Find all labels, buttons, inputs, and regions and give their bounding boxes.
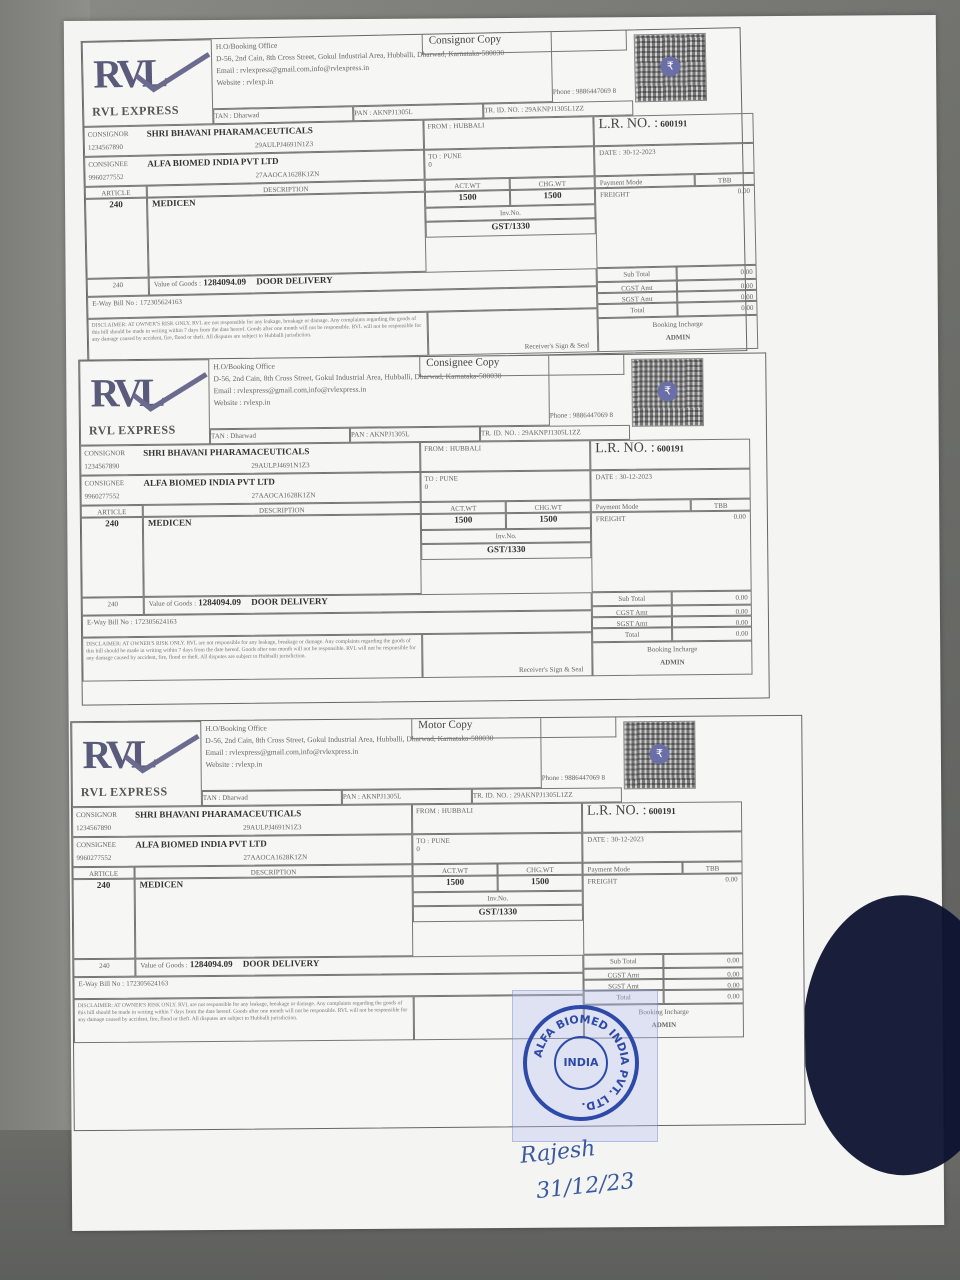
to-box: TO : PUNE 0 (424, 146, 595, 180)
consignee-gst: 27AAOCA1628K1ZN (243, 853, 307, 862)
chg-wt-header: CHG.WT (506, 500, 591, 513)
from-box: FROM : HUBBALI (420, 440, 590, 472)
consignee-name: ALFA BIOMED INDIA PVT LTD (143, 477, 274, 488)
tan-box: TAN : Dharwad (210, 428, 350, 444)
company-logo-box: RVL RVL EXPRESS (71, 721, 202, 807)
consignor-name: SHRI BHAVANI PHARAMACEUTICALS (147, 125, 313, 138)
copy-label-box: Motor Copy (411, 717, 616, 739)
consignor-label: CONSIGNOR (76, 811, 117, 819)
description-cell: MEDICEN (135, 876, 414, 958)
freight-amount: 0.00 (725, 875, 737, 883)
delivery-type: DOOR DELIVERY (243, 958, 320, 969)
office-email: Email : rvlexpress@gmail.com,info@rvlexp… (205, 745, 536, 757)
consignee-label: CONSIGNEE (76, 841, 116, 849)
office-email: Email : rvlexpress@gmail.com,info@rvlexp… (213, 383, 544, 395)
copy-label: Consignor Copy (423, 31, 508, 49)
to-box: TO : PUNE 0 (412, 833, 582, 864)
lr-no-box: L.R. NO. : 600191 (582, 801, 742, 832)
eway-bill-number: 172305624163 (135, 618, 177, 626)
payment-mode-value: TBB (682, 861, 742, 874)
lr-no-label: L.R. NO. : (587, 803, 647, 819)
lr-no-box: L.R. NO. : 600191 (593, 113, 754, 146)
payment-mode-value: TBB (691, 499, 751, 512)
lr-number: 600191 (657, 443, 684, 453)
pan-box: PAN : AKNPJ1305L (350, 426, 480, 442)
consignor-phone: 1234567890 (84, 462, 119, 470)
consignee-gst: 27AAOCA1628K1ZN (255, 170, 319, 179)
payment-qr-code: ₹ (631, 358, 704, 427)
consignee-box: CONSIGNEE 9960277552 ALFA BIOMED INDIA P… (80, 472, 420, 506)
company-logo-box: RVL RVL EXPRESS (79, 359, 210, 445)
to-box: TO : PUNE 0 (420, 470, 590, 502)
article-header: ARTICLE (81, 505, 143, 518)
brand-name: RVL EXPRESS (92, 103, 179, 120)
sgst-label: SGST Amt (592, 616, 672, 628)
checkmark-swoosh-icon (131, 52, 212, 94)
act-wt-header: ACT.WT (412, 863, 497, 876)
lr-no-box: L.R. NO. : 600191 (590, 439, 750, 471)
to-label: TO : (428, 152, 441, 160)
receiver-sign-box: Receiver's Sign & Seal (427, 308, 598, 356)
booking-incharge: Booking Incharge ADMIN (592, 641, 752, 677)
payment-mode-box: Payment Mode (591, 499, 691, 512)
sub-total-value: 0.00 (663, 953, 743, 968)
sub-total-label: Sub Total (592, 591, 672, 606)
copy-label-box: Consignee Copy (419, 355, 624, 377)
to-city: PUNE (440, 475, 458, 483)
act-wt-header: ACT.WT (421, 501, 506, 514)
payment-qr-code: ₹ (634, 33, 707, 102)
seal-center-text: INDIA (554, 1036, 608, 1090)
lorry-receipt-copy-1: RVL RVL EXPRESS H.O/Booking Office D-56,… (81, 27, 748, 365)
consignee-label: CONSIGNEE (84, 479, 124, 487)
article-count: 240 (81, 517, 144, 598)
brand-name: RVL EXPRESS (89, 423, 176, 439)
consignee-name: ALFA BIOMED INDIA PVT LTD (135, 838, 266, 849)
sgst-label: SGST Amt (584, 979, 664, 991)
terms-and-conditions: DISCLAIMER: AT OWNER'S RISK ONLY. RVL ar… (82, 634, 422, 682)
chg-wt-value: 1500 (506, 512, 591, 529)
lr-date: 30-12-2023 (619, 473, 652, 481)
checkmark-swoosh-icon (128, 372, 208, 413)
payment-mode-box: Payment Mode (582, 862, 682, 875)
consignor-gst: 29AULPJ4691N1Z3 (243, 823, 301, 832)
inv-no-value: GST/1330 (426, 218, 596, 238)
date-box: DATE : 30-12-2023 (590, 469, 750, 501)
consignor-gst: 29AULPJ4691N1Z3 (255, 140, 313, 149)
sub-total-value: 0.00 (672, 591, 752, 606)
sub-total-label: Sub Total (583, 954, 663, 969)
gst-id-number: TR. ID. NO. : 29AKNPJ1305L1ZZ (481, 428, 581, 437)
from-city: HUBBALI (453, 122, 484, 131)
cgst-label: CGST Amt (583, 968, 663, 980)
sgst-value: 0.00 (663, 978, 743, 990)
freight-box: FREIGHT 0.00 (595, 185, 757, 268)
consignor-name: SHRI BHAVANI PHARAMACEUTICALS (135, 808, 301, 819)
rupee-icon: ₹ (649, 744, 669, 764)
pan-number: PAN : AKNPJ1305L (351, 430, 410, 439)
consignor-name: SHRI BHAVANI PHARAMACEUTICALS (143, 446, 309, 458)
lr-no-label: L.R. NO. : (595, 441, 655, 457)
phone-box: Phone : 9886447069 8 (550, 409, 625, 426)
pan-number: PAN : AKNPJ1305L (343, 792, 402, 801)
office-phone: Phone : 9886447069 8 (542, 774, 605, 783)
total-value: 0.00 (664, 989, 744, 1004)
gst-id-box: TR. ID. NO. : 29AKNPJ1305L1ZZ (472, 787, 622, 803)
lorry-receipt-copy-3: RVL RVL EXPRESS H.O/Booking Office D-56,… (70, 715, 806, 1131)
gst-id-number: TR. ID. NO. : 29AKNPJ1305L1ZZ (484, 104, 584, 114)
consignor-phone: 1234567890 (88, 143, 123, 152)
from-box: FROM : HUBBALI (412, 803, 582, 834)
from-label: FROM : (427, 122, 451, 130)
to-extra: 0 (416, 844, 581, 853)
copy-label: Motor Copy (412, 717, 478, 733)
rupee-icon: ₹ (660, 56, 680, 76)
from-label: FROM : (416, 807, 440, 815)
lr-date: 30-12-2023 (623, 148, 656, 157)
consignee-name: ALFA BIOMED INDIA PVT LTD (147, 156, 279, 169)
article-total: 240 (87, 278, 149, 297)
to-label: TO : (424, 475, 437, 483)
date-label: DATE : (599, 149, 621, 157)
article-count: 240 (85, 198, 149, 279)
consignee-box: CONSIGNEE 9960277552 ALFA BIOMED INDIA P… (72, 834, 412, 867)
eway-bill-number: 172305624163 (126, 979, 168, 987)
payment-qr-code: ₹ (623, 721, 696, 790)
consignor-label: CONSIGNOR (88, 130, 129, 139)
article-count: 240 (73, 879, 136, 960)
brand-name: RVL EXPRESS (81, 784, 168, 800)
consignee-gst: 27AAOCA1628K1ZN (252, 491, 316, 500)
description-cell: MEDICEN (143, 514, 422, 597)
freight-amount: 0.00 (734, 513, 746, 521)
consignor-box: CONSIGNOR 1234567890 SHRI BHAVANI PHARAM… (80, 442, 420, 476)
company-logo: RVL (90, 369, 162, 417)
receiver-sign-box: Receiver's Sign & Seal (422, 632, 592, 678)
sgst-value: 0.00 (672, 616, 752, 628)
inv-no-value: GST/1330 (421, 542, 591, 560)
lr-no-label: L.R. NO. : (598, 116, 658, 132)
tan-number: TAN : Dharwad (214, 111, 259, 120)
from-box: FROM : HUBBALI (423, 116, 594, 150)
phone-shadow (802, 895, 960, 1176)
date-box: DATE : 30-12-2023 (594, 143, 755, 176)
article-total: 240 (82, 597, 144, 616)
act-wt-value: 1500 (425, 190, 510, 208)
to-city: PUNE (443, 152, 461, 160)
terms-and-conditions: DISCLAIMER: AT OWNER'S RISK ONLY. RVL ar… (74, 996, 414, 1043)
total-value: 0.00 (672, 627, 752, 642)
total-label: Total (592, 627, 672, 642)
gst-id-number: TR. ID. NO. : 29AKNPJ1305L1ZZ (473, 791, 573, 800)
company-logo-box: RVL RVL EXPRESS (82, 39, 214, 127)
chg-wt-value: 1500 (510, 188, 595, 206)
lr-number: 600191 (660, 118, 687, 129)
consignor-box: CONSIGNOR 1234567890 SHRI BHAVANI PHARAM… (72, 804, 412, 837)
to-city: PUNE (431, 837, 449, 845)
pan-box: PAN : AKNPJ1305L (342, 789, 472, 805)
copy-label: Consignee Copy (420, 355, 505, 371)
eway-bill-number: 172305624163 (140, 298, 182, 307)
freight-box: FREIGHT 0.00 (591, 511, 752, 593)
office-phone: Phone : 9886447069 8 (553, 87, 616, 96)
chg-wt-header: CHG.WT (497, 863, 582, 876)
office-website: Website : rvlexp.in (206, 757, 537, 769)
consignor-gst: 29AULPJ4691N1Z3 (251, 461, 309, 470)
pan-number: PAN : AKNPJ1305L (354, 108, 413, 117)
tan-number: TAN : Dharwad (203, 794, 248, 802)
tan-number: TAN : Dharwad (211, 432, 256, 440)
phone-box: Phone : 9886447069 8 (553, 84, 628, 102)
tan-box: TAN : Dharwad (202, 790, 342, 806)
to-label: TO : (416, 837, 429, 845)
date-box: DATE : 30-12-2023 (582, 831, 742, 862)
checkmark-swoosh-icon (120, 734, 200, 775)
from-city: HUBBALI (442, 807, 473, 815)
lr-number: 600191 (649, 806, 676, 816)
act-wt-value: 1500 (413, 875, 498, 892)
company-logo: RVL (82, 730, 153, 778)
terms-and-conditions: DISCLAIMER: AT OWNER'S RISK ONLY. RVL ar… (88, 312, 429, 363)
delivery-type: DOOR DELIVERY (251, 596, 328, 607)
company-seal: ALFA BIOMED INDIA PVT. LTD. INDIA (512, 990, 658, 1142)
cgst-label: CGST Amt (592, 605, 672, 617)
company-logo: RVL (93, 49, 165, 97)
from-city: HUBBALI (450, 444, 481, 452)
chg-wt-value: 1500 (498, 875, 583, 892)
date-label: DATE : (595, 473, 617, 481)
consignee-label: CONSIGNEE (88, 160, 128, 169)
lorry-receipt-copy-2: RVL RVL EXPRESS H.O/Booking Office D-56,… (78, 352, 770, 705)
goods-value: 1284094.09 (198, 597, 241, 607)
consignee-phone: 9960277552 (85, 492, 120, 500)
seal-outer-ring: ALFA BIOMED INDIA PVT. LTD. INDIA (523, 1005, 639, 1121)
delivery-type: DOOR DELIVERY (256, 275, 333, 287)
phone-box: Phone : 9886447069 8 (542, 771, 617, 788)
office-phone: Phone : 9886447069 8 (550, 411, 613, 420)
lr-date: 30-12-2023 (611, 835, 644, 843)
freight-box: FREIGHT 0.00 (583, 873, 744, 954)
article-header: ARTICLE (72, 867, 134, 880)
consignor-phone: 1234567890 (76, 824, 111, 832)
consignee-phone: 9960277552 (76, 854, 111, 862)
inv-no-label: Inv.No. (413, 891, 583, 906)
rupee-icon: ₹ (657, 381, 677, 401)
description-cell: MEDICEN (147, 192, 427, 278)
act-wt-value: 1500 (421, 513, 506, 530)
freight-amount: 0.00 (738, 187, 750, 195)
article-total: 240 (73, 959, 135, 978)
cgst-value: 0.00 (663, 967, 743, 979)
goods-value: 1284094.09 (190, 959, 233, 969)
booking-incharge: Booking Incharge ADMIN (598, 315, 759, 352)
consignor-label: CONSIGNOR (84, 449, 125, 457)
inv-no-value: GST/1330 (413, 905, 583, 922)
goods-value: 1284094.09 (203, 277, 246, 288)
cgst-value: 0.00 (672, 605, 752, 617)
gst-id-box: TR. ID. NO. : 29AKNPJ1305L1ZZ (480, 425, 630, 442)
date-label: DATE : (587, 836, 609, 844)
copy-label-box: Consignor Copy (422, 31, 627, 55)
office-website: Website : rvlexp.in (214, 395, 545, 407)
from-label: FROM : (424, 445, 448, 453)
consignee-phone: 9960277552 (88, 173, 123, 182)
